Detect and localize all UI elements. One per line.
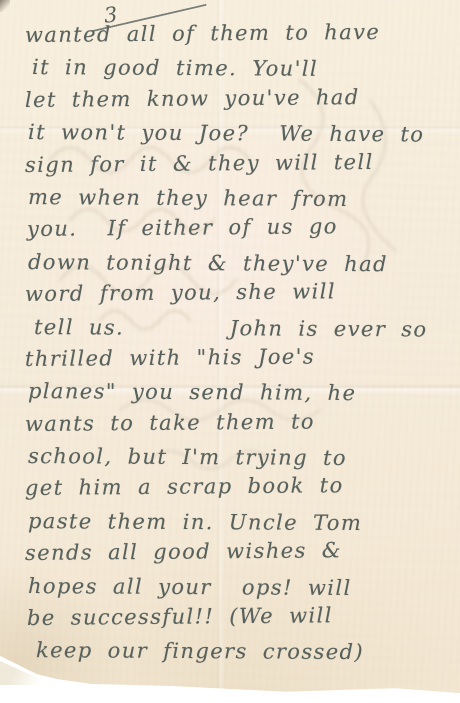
handwritten-line: wants to take them to [25,404,450,440]
handwritten-line: sends all good wishes & [25,534,450,570]
scan-edge-smudge [0,0,10,12]
handwritten-line: sign for it & they will tell [25,145,450,181]
handwritten-line: get him a scrap book to [25,469,450,505]
handwritten-line: thrilled with "his Joe's [25,339,450,375]
letter-text: wanted all of them to haveit in good tim… [25,19,450,667]
handwritten-line: be successful!! (We will [25,598,450,634]
handwritten-line: keep our fingers crossed) [28,634,453,669]
letter-paper: 3 wanted all of them to haveit in good t… [0,0,460,703]
handwritten-line: you. If either of us go [25,210,450,246]
scanned-letter-page: 3 wanted all of them to haveit in good t… [0,0,460,703]
handwritten-line: let them know you've had [25,80,450,116]
handwritten-line: wanted all of them to have [25,15,450,51]
handwritten-line: word from you, she will [25,274,450,310]
